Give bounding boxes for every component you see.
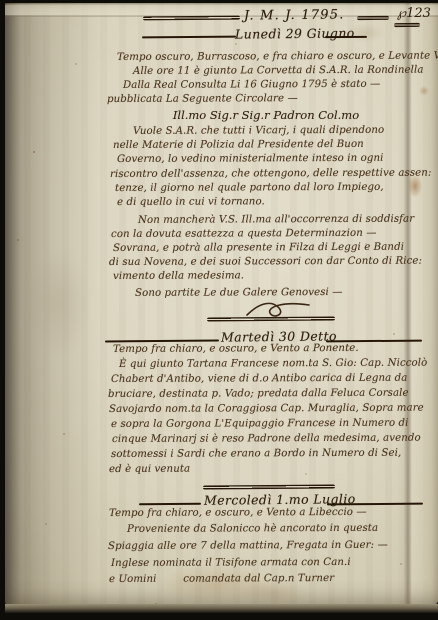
manuscript-line: Non mancherà V.S. Ill.ma all'occorrenza … <box>105 213 438 227</box>
manuscript-line: con la dovuta esattezza a questa Determi… <box>105 228 438 241</box>
manuscript-line: Governo, lo vedino ministerialmente inte… <box>105 152 438 166</box>
manuscript-page: J. M. J. 1795. ℘123 Lunedì 29 Giugno Tem… <box>5 3 438 604</box>
manuscript-line: Sono partite Le due Galere Genovesi — <box>105 286 438 300</box>
manuscript-line: Tempo fra chiaro, e oscuro, e Vento a Li… <box>105 507 438 520</box>
manuscript-line: Alle ore 11 è giunto La Corvetta di S.A.… <box>105 64 438 78</box>
manuscript-line: sottomessi i Sardi che erano a Bordo in … <box>105 448 438 461</box>
manuscript-line: vimento della medesima. <box>105 270 438 283</box>
ink-rule <box>139 503 201 506</box>
manuscript-scan: J. M. J. 1795. ℘123 Lunedì 29 Giugno Tem… <box>0 0 438 620</box>
manuscript-line: bruciare, destinata p. Vado; predata dal… <box>105 388 438 401</box>
manuscript-line: e di quello in cui vi tornano. <box>105 195 438 209</box>
manuscript-line: Vuole S.A.R. che tutti i Vicarj, i quali… <box>105 124 438 138</box>
ink-rule <box>207 316 335 321</box>
manuscript-line: Tempo oscuro, Burrascoso, e fra chiaro e… <box>105 50 438 64</box>
manuscript-line: Chabert d'Antibo, viene di d.o Antibo ca… <box>105 373 438 386</box>
ink-rule <box>105 340 219 343</box>
ink-rule <box>327 503 423 506</box>
manuscript-line: pubblicata La Seguente Circolare — <box>105 93 438 106</box>
folio-mark-icon: ℘ <box>397 6 406 21</box>
manuscript-line: Inglese nominata il Tisifone armata con … <box>105 557 438 570</box>
ink-rule <box>357 16 389 20</box>
salutation-heading: Ill.mo Sig.r Sig.r Padron Col.mo <box>105 109 427 122</box>
page-title-monogram: J. M. J. 1795. <box>244 7 345 23</box>
manuscript-line: Dalla Real Consulta Li 16 Giugno 1795 è … <box>105 78 438 92</box>
ink-rule <box>203 484 335 489</box>
manuscript-line: Sovrana, e potrà alla presente in Filza … <box>105 242 438 255</box>
manuscript-line: Spiaggia alle ore 7 della mattina, Frega… <box>105 540 438 553</box>
date-heading: Lunedì 29 Giugno <box>235 26 355 41</box>
paper-speckles <box>5 3 7 5</box>
ink-rule <box>394 23 420 27</box>
ink-rule <box>325 36 367 38</box>
manuscript-line: Tempo fra chiaro, e oscuro, e Vento a Po… <box>105 343 438 356</box>
manuscript-line: e sopra la Gorgona L'Equipaggio Francese… <box>105 418 438 431</box>
manuscript-line: Savojardo nom.ta la Coraggiosa Cap. Mura… <box>105 403 438 416</box>
manuscript-line: di sua Novena, e dei suoi Successori con… <box>105 256 438 269</box>
manuscript-line: nelle Materie di Polizia dal Presidente … <box>105 139 438 152</box>
page-number: 123 <box>406 6 431 21</box>
manuscript-line: e Uomini comandata dal Cap.n Turner <box>105 573 438 586</box>
manuscript-line: Proveniente da Salonicco hè ancorato in … <box>105 522 438 536</box>
manuscript-line: tenze, il giorno nel quale partono dal l… <box>105 181 438 195</box>
manuscript-line: cinque Marinarj si è reso Padrone della … <box>105 433 438 446</box>
manuscript-line: È qui giunto Tartana Francese nom.ta S. … <box>105 357 438 371</box>
manuscript-line: ed è qui venuta <box>105 463 438 476</box>
manuscript-line: riscontro dell'assenza, che ottengono, d… <box>105 168 438 181</box>
date-heading: Mercoledì 1.mo Luglio <box>204 492 356 508</box>
folio-number: ℘123 <box>397 6 431 21</box>
ink-rule <box>142 36 236 39</box>
book-edge-pages <box>5 604 438 613</box>
ink-rule <box>143 16 240 21</box>
